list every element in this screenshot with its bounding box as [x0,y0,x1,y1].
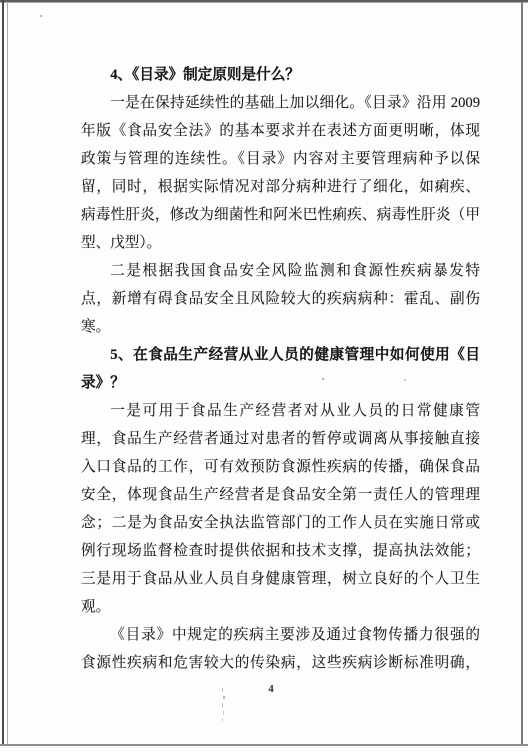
body-line: 点，新增有碍食品安全且风险较大的疾病病种：霍乱、副伤 [81,285,480,313]
body-line: 念；二是为食品安全执法监管部门的工作人员在实施日常或 [81,509,480,537]
scan-artifact-streak [223,696,225,699]
body-line: 病毒性肝炎，修改为细菌性和阿米巴性痢疾、病毒性肝炎（甲 [81,201,480,229]
body-line: 《目录》中规定的疾病主要涉及通过食物传播力很强的 [81,621,480,649]
page-border-bottom [0,744,528,746]
scan-artifact-streak [222,718,223,721]
page-border-left-inner [7,2,8,745]
heading-line: 5、在食品生产经营从业人员的健康管理中如何使用《目 [81,341,480,369]
page-border-top-shadow [0,2,528,3]
scan-speck [40,15,42,17]
body-line: 食源性疾病和危害较大的传染病，这些疾病诊断标准明确， [81,649,480,677]
body-line: 入口食品的工作，可有效预防食源性疾病的传播，确保食品 [81,453,480,481]
body-line: 一是在保持延续性的基础上加以细化。《目录》沿用 2009 [81,89,480,117]
document-text: 4、《目录》制定原则是什么？一是在保持延续性的基础上加以细化。《目录》沿用 20… [81,61,480,677]
body-line: 二是根据我国食品安全风险监测和食源性疾病暴发特 [81,257,480,285]
body-line: 理，食品生产经营者通过对患者的暂停或调离从事接触直接 [81,425,480,453]
scan-speck [404,379,406,381]
page-border-right [521,2,523,745]
page-border-left [2,0,4,746]
body-line: 型、戊型）。 [81,229,480,257]
body-line: 三是用于食品从业人员自身健康管理，树立良好的个人卫生 [81,565,480,593]
scanned-document-page: 4、《目录》制定原则是什么？一是在保持延续性的基础上加以细化。《目录》沿用 20… [0,0,528,752]
body-line: 年版《食品安全法》的基本要求并在表述方面更明晰，体现 [81,117,480,145]
body-line: 观。 [81,593,480,621]
heading-line: 4、《目录》制定原则是什么？ [81,61,480,89]
body-line: 留，同时，根据实际情况对部分病种进行了细化，如痢疾、 [81,173,480,201]
scan-artifact-streak [223,711,224,715]
body-line: 安全，体现食品生产经营者是食品安全第一责任人的管理理 [81,481,480,509]
scan-artifact-streak [222,688,223,692]
page-number: 4 [264,683,278,695]
scan-speck [322,378,324,380]
scan-artifact-streak [222,703,223,708]
body-line: 一是可用于食品生产经营者对从业人员的日常健康管 [81,397,480,425]
body-line: 寒。 [81,313,480,341]
heading-line: 录》？ [81,369,480,397]
body-line: 政策与管理的连续性。《目录》内容对主要管理病种予以保 [81,145,480,173]
body-line: 例行现场监督检查时提供依据和技术支撑，提高执法效能； [81,537,480,565]
